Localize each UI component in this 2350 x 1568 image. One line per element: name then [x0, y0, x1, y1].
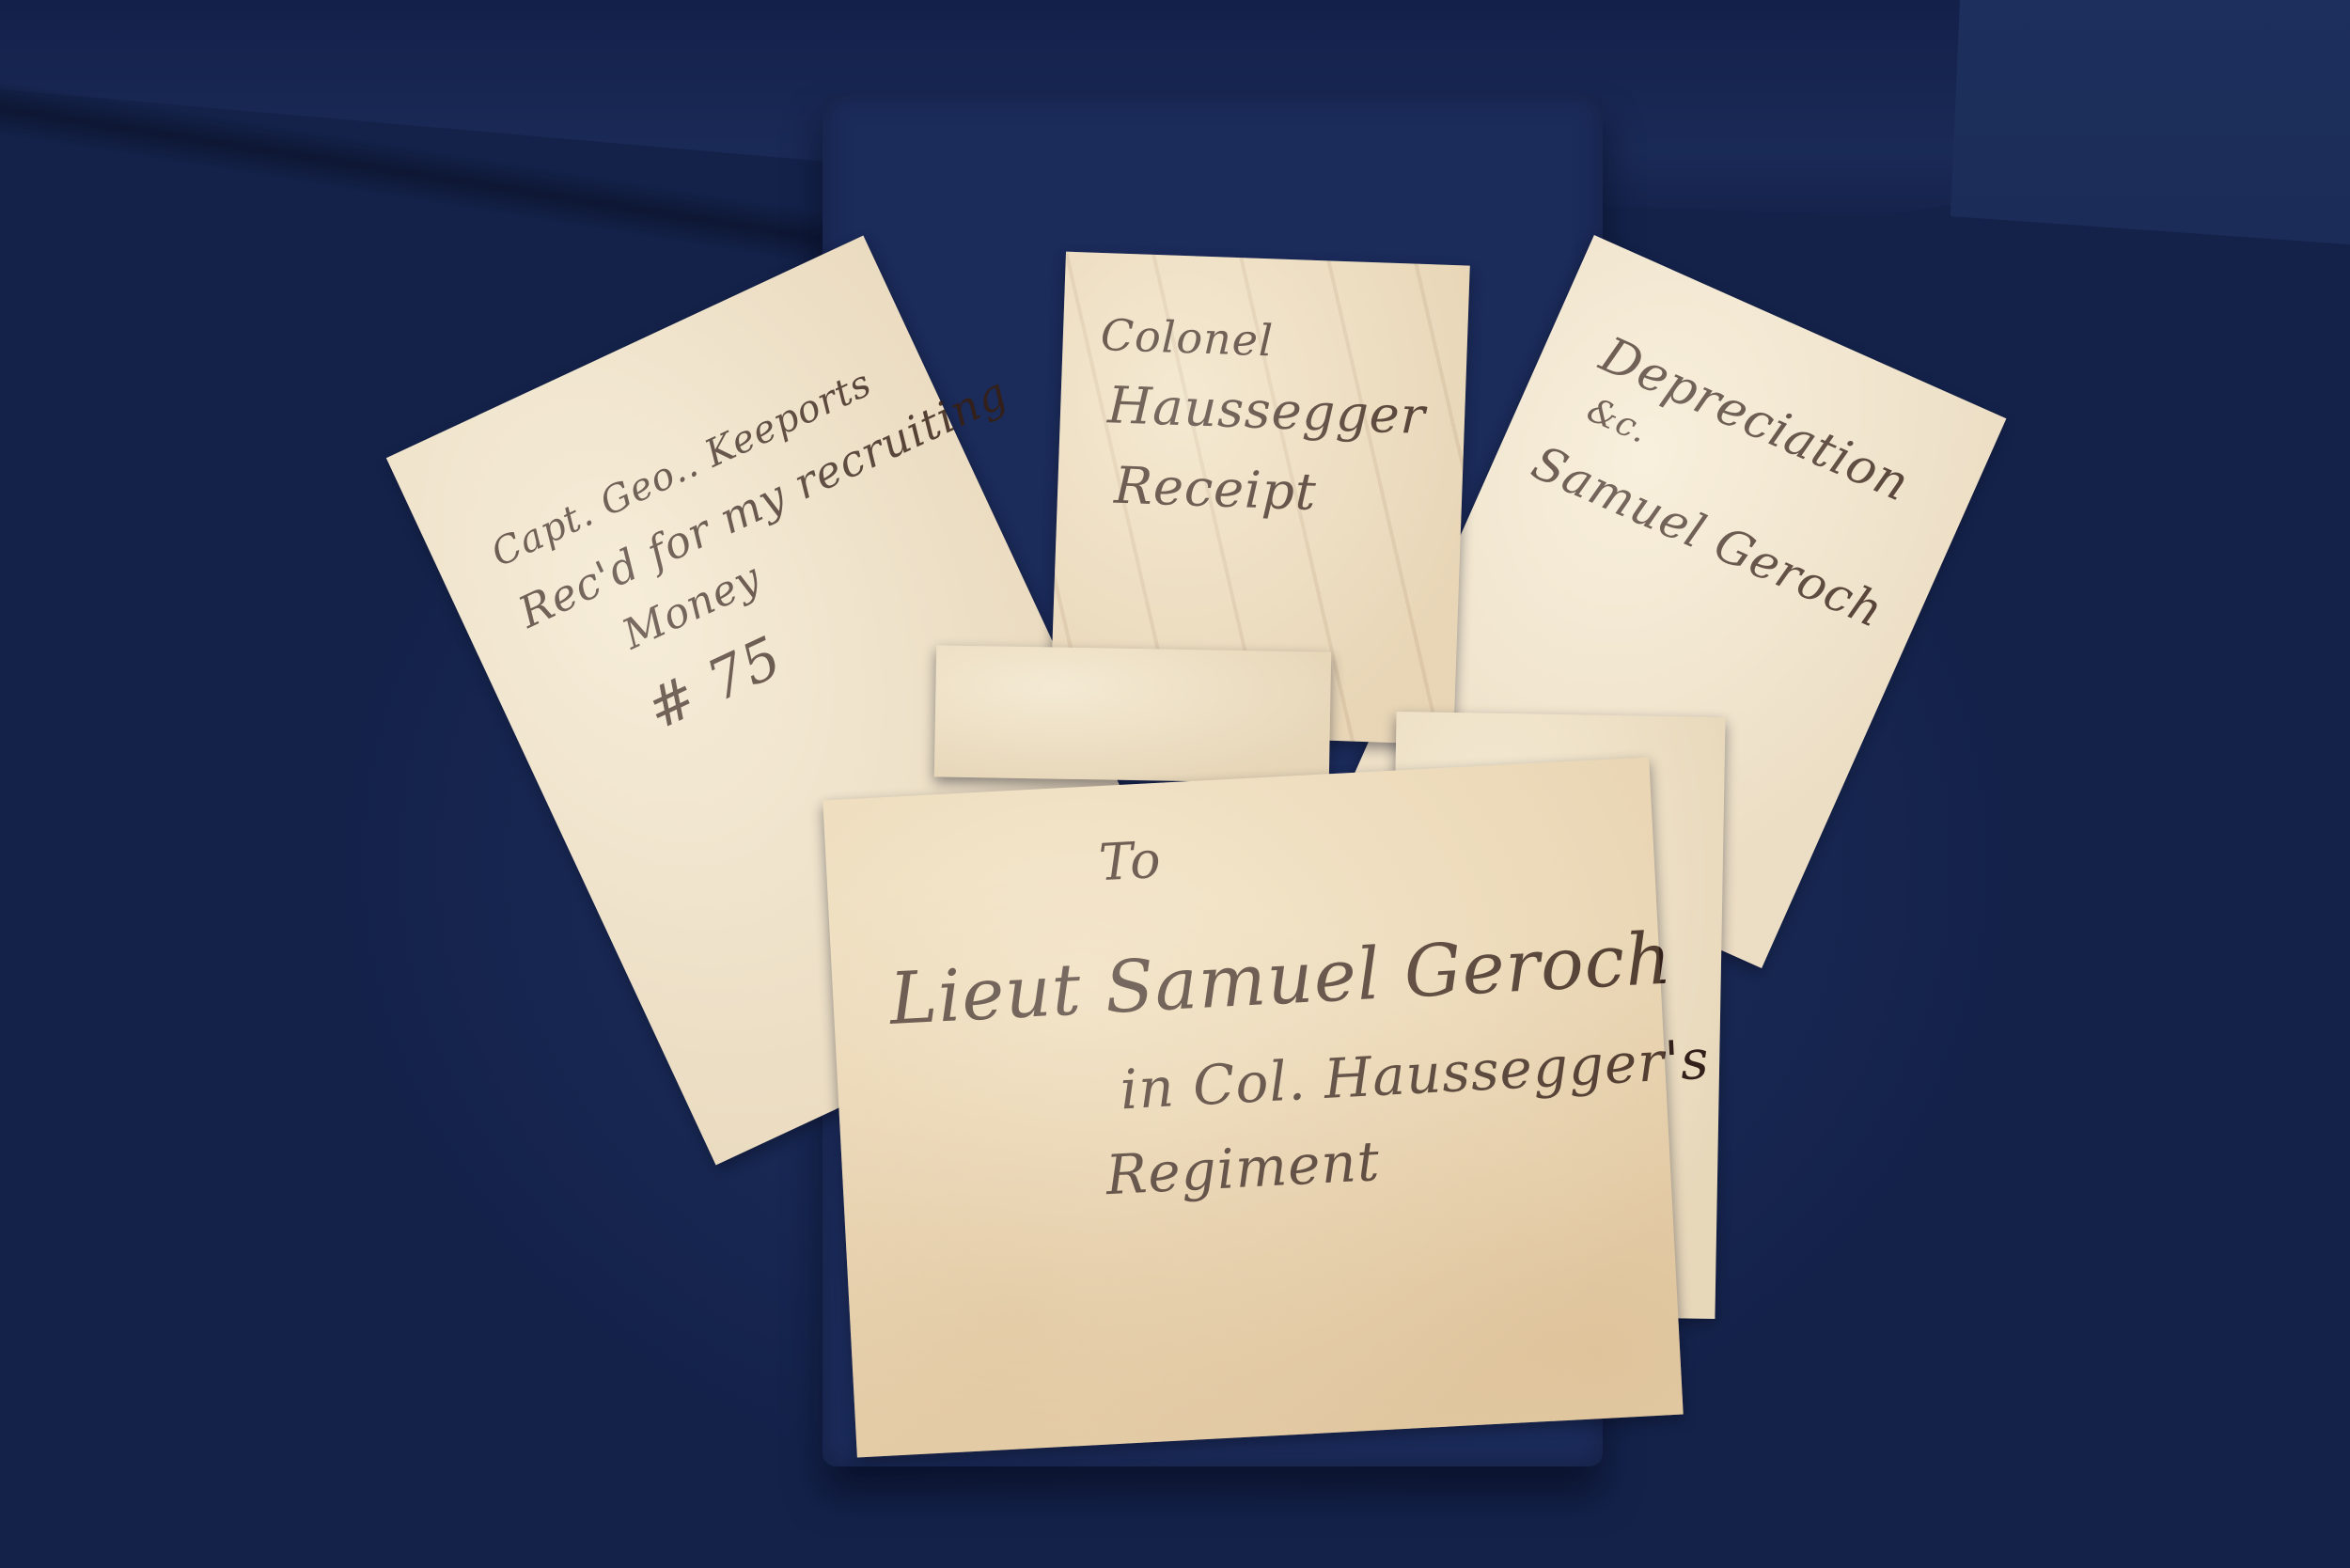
handwriting-line: Receipt: [1113, 456, 1317, 522]
folded-letter: [934, 645, 1331, 783]
handwriting-line: Lieut Samuel Geroch: [887, 917, 1674, 1042]
photo-scene: Capt. Geo.. Keeports Rec'd for my recrui…: [0, 0, 2350, 1568]
handwriting-line: Regiment: [1104, 1129, 1382, 1207]
handwriting-line: Haussegger: [1106, 375, 1426, 446]
envelope-lieut-geroch: To Lieut Samuel Geroch in Col. Haussegge…: [822, 757, 1683, 1457]
handwriting-line: To: [1098, 830, 1164, 892]
handwriting-line: Colonel: [1100, 309, 1275, 366]
fabric-panel: [1950, 0, 2350, 244]
handwriting-line: in Col. Haussegger's: [1119, 1027, 1711, 1122]
